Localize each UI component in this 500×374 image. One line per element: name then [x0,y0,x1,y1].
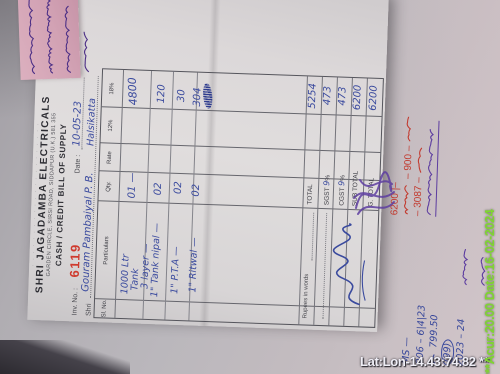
subtotal-value: 6200 [352,85,364,111]
cgst-value: 473 [337,86,349,105]
col-header-particulars: Particulars [95,201,118,300]
kannada-handwriting-squiggle [404,117,414,143]
items-table: Sl. No. Particulars Qty. Rate 12% 18% 10… [93,68,384,328]
kannada-handwriting-squiggle [61,4,73,74]
kannada-handwriting-squiggle [42,0,55,75]
col-header-rate: Rate [100,143,121,172]
kannada-handwriting-squiggle [459,244,470,286]
sgst-label: SGST 9% [321,175,331,206]
cgst-rate-handwritten: 9 [337,181,346,186]
invoice-no-label: Inv. No. : [71,288,79,316]
item-1-qty: 01 — [127,172,139,198]
col-line-rate [100,142,380,153]
photo-of-bill: · · · · · · · · · · · · · · · · · · · · … [0,0,500,374]
item-3-name: 1" P.T.A — [169,246,182,294]
kannada-handwriting-squiggle [80,32,91,74]
col-line-12 [102,106,382,117]
col-header-qty: Qty. [98,171,119,202]
col-header-gst12: 12% [100,107,121,144]
col-header-sl: Sl. No. [94,299,115,318]
total-value: 5254 [307,83,319,109]
item-2-name: 1" Tank nipal — [149,223,163,298]
item-4-qty: 02 [191,184,202,197]
gps-stamp-latlon: Lat:Lon-14.43:74.82 ** [360,354,500,369]
total-label: TOTAL [306,184,314,205]
customer-label: Shri [85,303,92,316]
dark-table-edge [0,340,130,374]
item-4-name: 1" Ritwal — [187,237,200,293]
rupees-rule-1 [312,213,315,261]
customer-place-handwritten: Halsikatta [85,98,98,146]
customer-name-handwritten: Gouram Pambaiyal P. B. [80,172,95,292]
gtotal-value: 6200 [368,85,380,111]
col-header-gst18: 18% [102,69,123,108]
item-2-qty: 02 [153,182,164,195]
purple-scribble-stamp [350,168,398,220]
kannada-handwriting-squiggle [25,0,38,76]
kannada-handwriting-squiggle [424,126,436,216]
red-note-3087: – 3087 – [412,177,424,216]
gps-stamp-accuracy-date: ***Acur:20.00 Date:16-02-2024 [483,186,499,374]
item-4-amount: 304 [192,87,204,106]
cgst-label: CGST 9% [336,175,346,206]
pink-note-slip [17,0,80,80]
item-3-qty: 02 [173,181,184,194]
sgst-value: 473 [322,86,334,105]
date-label: Date : [74,155,82,174]
rupees-in-words-label: Rupees in words [302,274,310,319]
blue-note-line-3: 799.50 [428,314,440,348]
kannada-handwriting-squiggle [402,182,412,216]
red-note-900: – 900 – [402,145,414,179]
signature-squiggle [327,221,374,308]
kannada-handwriting-squiggle [415,144,425,174]
date-rule [81,78,85,150]
item-3-amount: 30 [176,89,187,102]
ink-scribble-blob [202,83,213,110]
sgst-rate-handwritten: 9 [322,181,331,186]
item-2-amount: 120 [156,84,168,103]
item-1-amount: 4800 [126,77,140,106]
